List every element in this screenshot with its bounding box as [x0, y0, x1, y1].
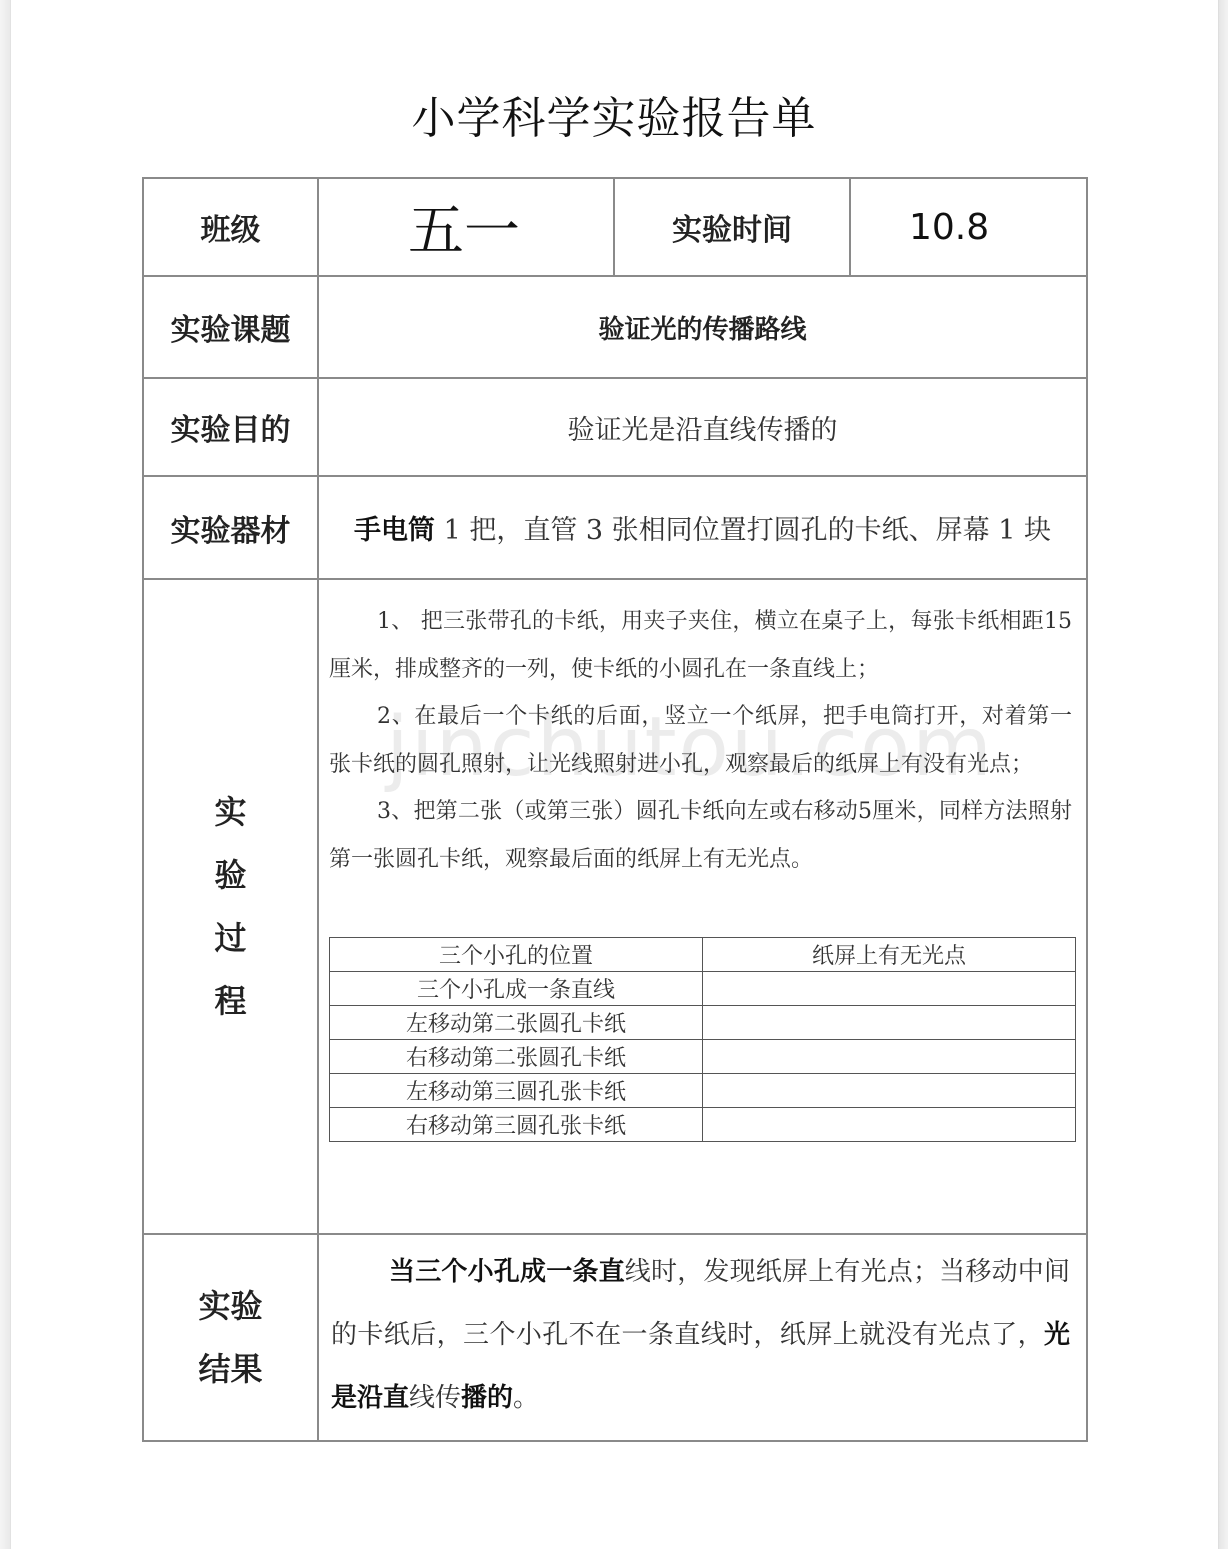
observation-header-row: 三个小孔的位置 纸屏上有无光点	[330, 938, 1076, 972]
observation-row: 左移动第二张圆孔卡纸	[330, 1006, 1076, 1040]
result-text: 线传	[409, 1383, 461, 1413]
process-label-char: 程	[144, 970, 317, 1033]
class-value: 五一	[318, 178, 614, 276]
result-paragraph: 当三个小孔成一条直线时，发现纸屏上有光点；当移动中间的卡纸后，三个小孔不在一条直…	[331, 1241, 1070, 1430]
report-table: 班级 五一 实验时间 10.8 实验课题 验证光的传播路线 实验目的 验证光是沿…	[142, 177, 1088, 1442]
observation-header: 三个小孔的位置	[330, 938, 703, 972]
observation-position: 左移动第二张圆孔卡纸	[330, 1006, 703, 1040]
observation-row: 右移动第二张圆孔卡纸	[330, 1040, 1076, 1074]
observation-result-cell[interactable]	[703, 972, 1076, 1006]
observation-position: 左移动第三圆孔张卡纸	[330, 1074, 703, 1108]
observation-row: 右移动第三圆孔张卡纸	[330, 1108, 1076, 1142]
result-bold: 播的	[461, 1383, 513, 1413]
topic-value: 验证光的传播路线	[318, 276, 1087, 378]
observation-position: 右移动第三圆孔张卡纸	[330, 1108, 703, 1142]
observation-result-cell[interactable]	[703, 1108, 1076, 1142]
time-label: 实验时间	[614, 178, 850, 276]
observation-result-cell[interactable]	[703, 1040, 1076, 1074]
result-label: 实验 结果	[143, 1234, 318, 1441]
class-value-text: 五一	[408, 199, 520, 264]
result-text: 。	[513, 1383, 539, 1413]
process-label-char: 实	[144, 781, 317, 844]
result-content: 当三个小孔成一条直线时，发现纸屏上有光点；当移动中间的卡纸后，三个小孔不在一条直…	[318, 1234, 1087, 1441]
process-step: 2、在最后一个卡纸的后面，竖立一个纸屏，把手电筒打开，对着第一张卡纸的圆孔照射，…	[329, 693, 1072, 788]
row-purpose: 实验目的 验证光是沿直线传播的	[143, 378, 1087, 476]
topic-label: 实验课题	[143, 276, 318, 378]
row-class: 班级 五一 实验时间 10.8	[143, 178, 1087, 276]
purpose-value: 验证光是沿直线传播的	[318, 378, 1087, 476]
process-step: 1、 把三张带孔的卡纸，用夹子夹住，横立在桌子上，每张卡纸相距15厘米，排成整齐…	[329, 598, 1072, 693]
result-label-line: 实验	[144, 1275, 317, 1338]
document-title: 小学科学实验报告单	[0, 82, 1228, 146]
materials-bold: 手电筒	[354, 515, 435, 546]
result-label-line: 结果	[144, 1338, 317, 1401]
process-label-char: 验	[144, 844, 317, 907]
process-step: 3、把第二张（或第三张）圆孔卡纸向左或右移动5厘米，同样方法照射第一张圆孔卡纸，…	[329, 788, 1072, 883]
row-materials: 实验器材 手电筒 1 把，直管 3 张相同位置打圆孔的卡纸、屏幕 1 块	[143, 476, 1087, 579]
row-topic: 实验课题 验证光的传播路线	[143, 276, 1087, 378]
observation-position: 三个小孔成一条直线	[330, 972, 703, 1006]
time-value: 10.8	[850, 178, 1087, 276]
time-value-text: 10.8	[851, 207, 989, 248]
purpose-label: 实验目的	[143, 378, 318, 476]
process-label-char: 过	[144, 907, 317, 970]
process-content: 1、 把三张带孔的卡纸，用夹子夹住，横立在桌子上，每张卡纸相距15厘米，排成整齐…	[318, 579, 1087, 1234]
materials-value: 手电筒 1 把，直管 3 张相同位置打圆孔的卡纸、屏幕 1 块	[318, 476, 1087, 579]
observation-result-cell[interactable]	[703, 1006, 1076, 1040]
page-edge-left	[0, 0, 11, 1549]
row-process: 实 验 过 程 1、 把三张带孔的卡纸，用夹子夹住，横立在桌子上，每张卡纸相距1…	[143, 579, 1087, 1234]
observation-row: 三个小孔成一条直线	[330, 972, 1076, 1006]
process-label: 实 验 过 程	[143, 579, 318, 1234]
page-edge-right	[1218, 0, 1228, 1549]
report-sheet: 班级 五一 实验时间 10.8 实验课题 验证光的传播路线 实验目的 验证光是沿…	[142, 177, 1086, 1442]
result-bold: 当三个小孔成一条直	[389, 1257, 625, 1287]
row-result: 实验 结果 当三个小孔成一条直线时，发现纸屏上有光点；当移动中间的卡纸后，三个小…	[143, 1234, 1087, 1441]
observation-position: 右移动第二张圆孔卡纸	[330, 1040, 703, 1074]
observation-header: 纸屏上有无光点	[703, 938, 1076, 972]
materials-label: 实验器材	[143, 476, 318, 579]
observation-table: 三个小孔的位置 纸屏上有无光点 三个小孔成一条直线 左移动第二张圆孔卡纸 右移动…	[329, 937, 1076, 1142]
observation-row: 左移动第三圆孔张卡纸	[330, 1074, 1076, 1108]
class-label: 班级	[143, 178, 318, 276]
observation-result-cell[interactable]	[703, 1074, 1076, 1108]
materials-rest: 1 把，直管 3 张相同位置打圆孔的卡纸、屏幕 1 块	[435, 515, 1051, 546]
